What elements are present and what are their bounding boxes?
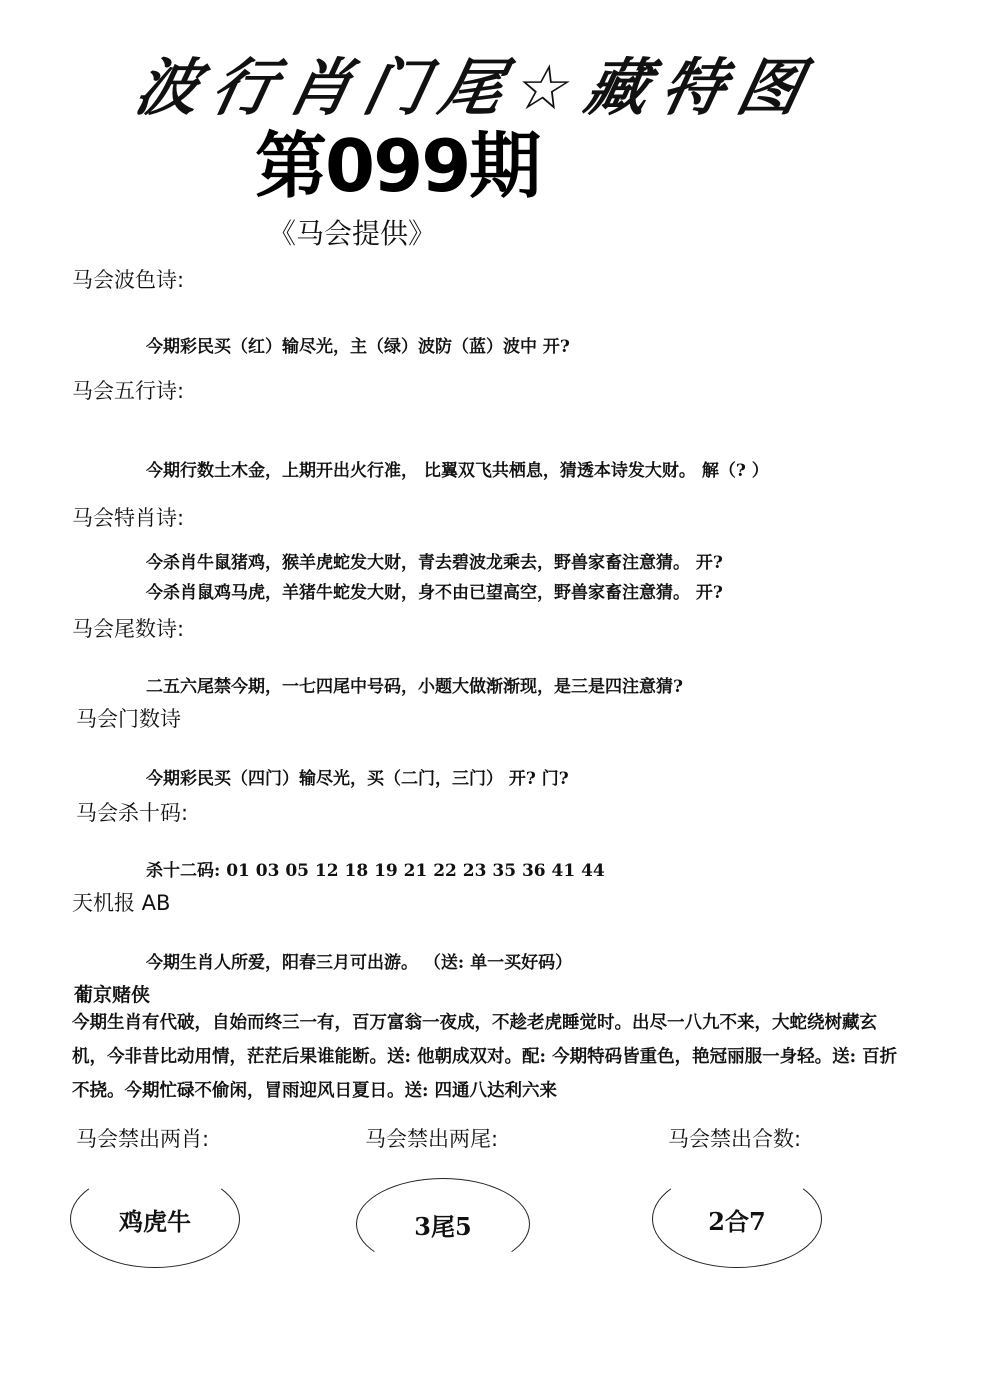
section-label-door-number: 马会门数诗 <box>76 703 181 733</box>
ban-value-zodiac: 鸡虎牛 <box>119 1202 191 1237</box>
poem-five-elements: 今期行数土木金，上期开出火行准， 比翼双飞共栖息，猜透本诗发大财。 解（? ） <box>146 456 769 481</box>
ban-label-tail: 马会禁出两尾: <box>365 1123 498 1153</box>
ban-value-sum: 2合7 <box>708 1202 765 1237</box>
issue-number: 第099期 <box>255 108 539 212</box>
provider-label: 《马会提供》 <box>268 212 436 252</box>
ban-oval-sum: 2合7 <box>652 1170 822 1268</box>
section-label-five-elements: 马会五行诗: <box>72 375 184 405</box>
ban-oval-tail: 3尾5 <box>356 1178 530 1270</box>
section-label-kill-numbers: 马会杀十码: <box>76 797 188 827</box>
section-label-tianji: 天机报 AB <box>72 887 170 917</box>
ban-oval-zodiac: 鸡虎牛 <box>70 1170 240 1268</box>
pujing-paragraph: 今期生肖有代破，自始而终三一有，百万富翁一夜成，不趁老虎睡觉时。出尽一八九不来，… <box>72 1006 902 1108</box>
section-label-pujing: 葡京赌侠 <box>74 980 150 1007</box>
kill-numbers-list: 杀十二码: 01 03 05 12 18 19 21 22 23 35 36 4… <box>146 856 605 881</box>
section-label-zodiac: 马会特肖诗: <box>72 502 184 532</box>
ban-label-sum: 马会禁出合数: <box>668 1123 801 1153</box>
section-label-wave-color: 马会波色诗: <box>72 264 184 294</box>
poem-tail-number: 二五六尾禁今期，一七四尾中号码，小题大做渐渐现，是三是四注意猜? <box>146 672 683 697</box>
ban-value-tail: 3尾5 <box>414 1207 471 1242</box>
poem-zodiac-2: 今杀肖鼠鸡马虎，羊猪牛蛇发大财，身不由已望高空，野兽家畜注意猜。 开? <box>146 578 723 603</box>
poem-zodiac-1: 今杀肖牛鼠猪鸡，猴羊虎蛇发大财，青去碧波龙乘去，野兽家畜注意猜。 开? <box>146 548 723 573</box>
ban-label-zodiac: 马会禁出两肖: <box>76 1123 209 1153</box>
poem-tianji: 今期生肖人所爱，阳春三月可出游。 （送: 单一买好码） <box>146 948 572 973</box>
poem-door-number: 今期彩民买（四门）输尽光，买（二门，三门） 开? 门? <box>146 764 569 789</box>
poem-wave-color: 今期彩民买（红）输尽光，主（绿）波防（蓝）波中 开? <box>146 332 570 357</box>
section-label-tail-number: 马会尾数诗: <box>72 613 184 643</box>
